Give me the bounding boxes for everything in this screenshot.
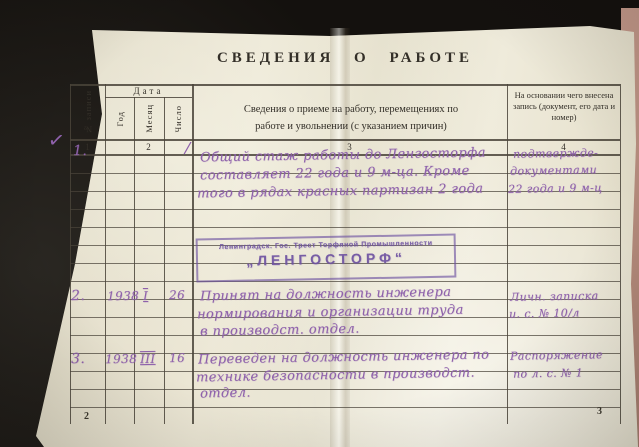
header-record-no-label: № записи [83,90,93,135]
organization-stamp: Ленинградск. Гос. Трест Торфяной Промышл… [196,234,457,283]
entry-year: 1938 [107,289,139,304]
entry-number: 2. [71,288,85,304]
header-details: Сведения о приеме на работу, перемещения… [196,101,506,135]
check-mark-icon: ✓ [46,127,66,153]
entry-year: 1938 [105,352,137,367]
header-date-label: Дата [134,86,164,96]
entry-details-line: отдел. [200,386,251,402]
entry-details-line: в производст. отдел. [200,322,360,340]
page-title: СВЕДЕНИЯ О РАБОТЕ [160,50,530,67]
entry-basis-line: Личн. записка [510,289,599,304]
header-details-line2: работе и увольнении (с указанием причин) [196,118,506,135]
header-record-no: № записи [70,86,105,138]
header-date-year: Год [105,98,134,139]
entry-basis-line: Распоряжение [510,348,603,363]
header-details-line1: Сведения о приеме на работу, перемещения… [196,101,506,118]
entry-month: III [140,352,156,366]
header-basis: На основании чего внесена запись (докуме… [510,90,618,123]
entry-basis-line: по л. с. № 1 [513,366,583,380]
entry-basis-line: документами [510,163,597,178]
entry-basis-line: и. с. № 10/л [509,306,580,320]
header-year-label: Год [115,111,125,127]
entry-number: 1. [73,143,87,159]
entry-basis-line: 22 года и 9 м-ц [508,181,603,196]
left-page-number: 2 [84,411,89,422]
stamp-org-short-name: „ЛЕНГОСТОРФ“ [198,249,454,270]
header-date-month: Месяц [134,98,164,139]
header-date: Дата [105,84,192,97]
header-date-day: Число [164,98,192,139]
entry-basis-line: подтвержде- [513,146,598,160]
table-border-line [620,84,621,424]
entry-day: 26 [169,288,185,302]
header-day-label: Число [173,105,183,132]
table-border-line [70,139,620,141]
entry-number: 3. [71,351,85,367]
entry-day: 16 [169,351,185,365]
column-number-2: 2 [105,142,192,152]
photo-of-workbook: { "colors": {"background":"#14110e","pap… [0,0,639,447]
entry-month: I [143,289,148,303]
right-page-number: 3 [597,406,602,417]
header-month-label: Месяц [144,104,154,133]
